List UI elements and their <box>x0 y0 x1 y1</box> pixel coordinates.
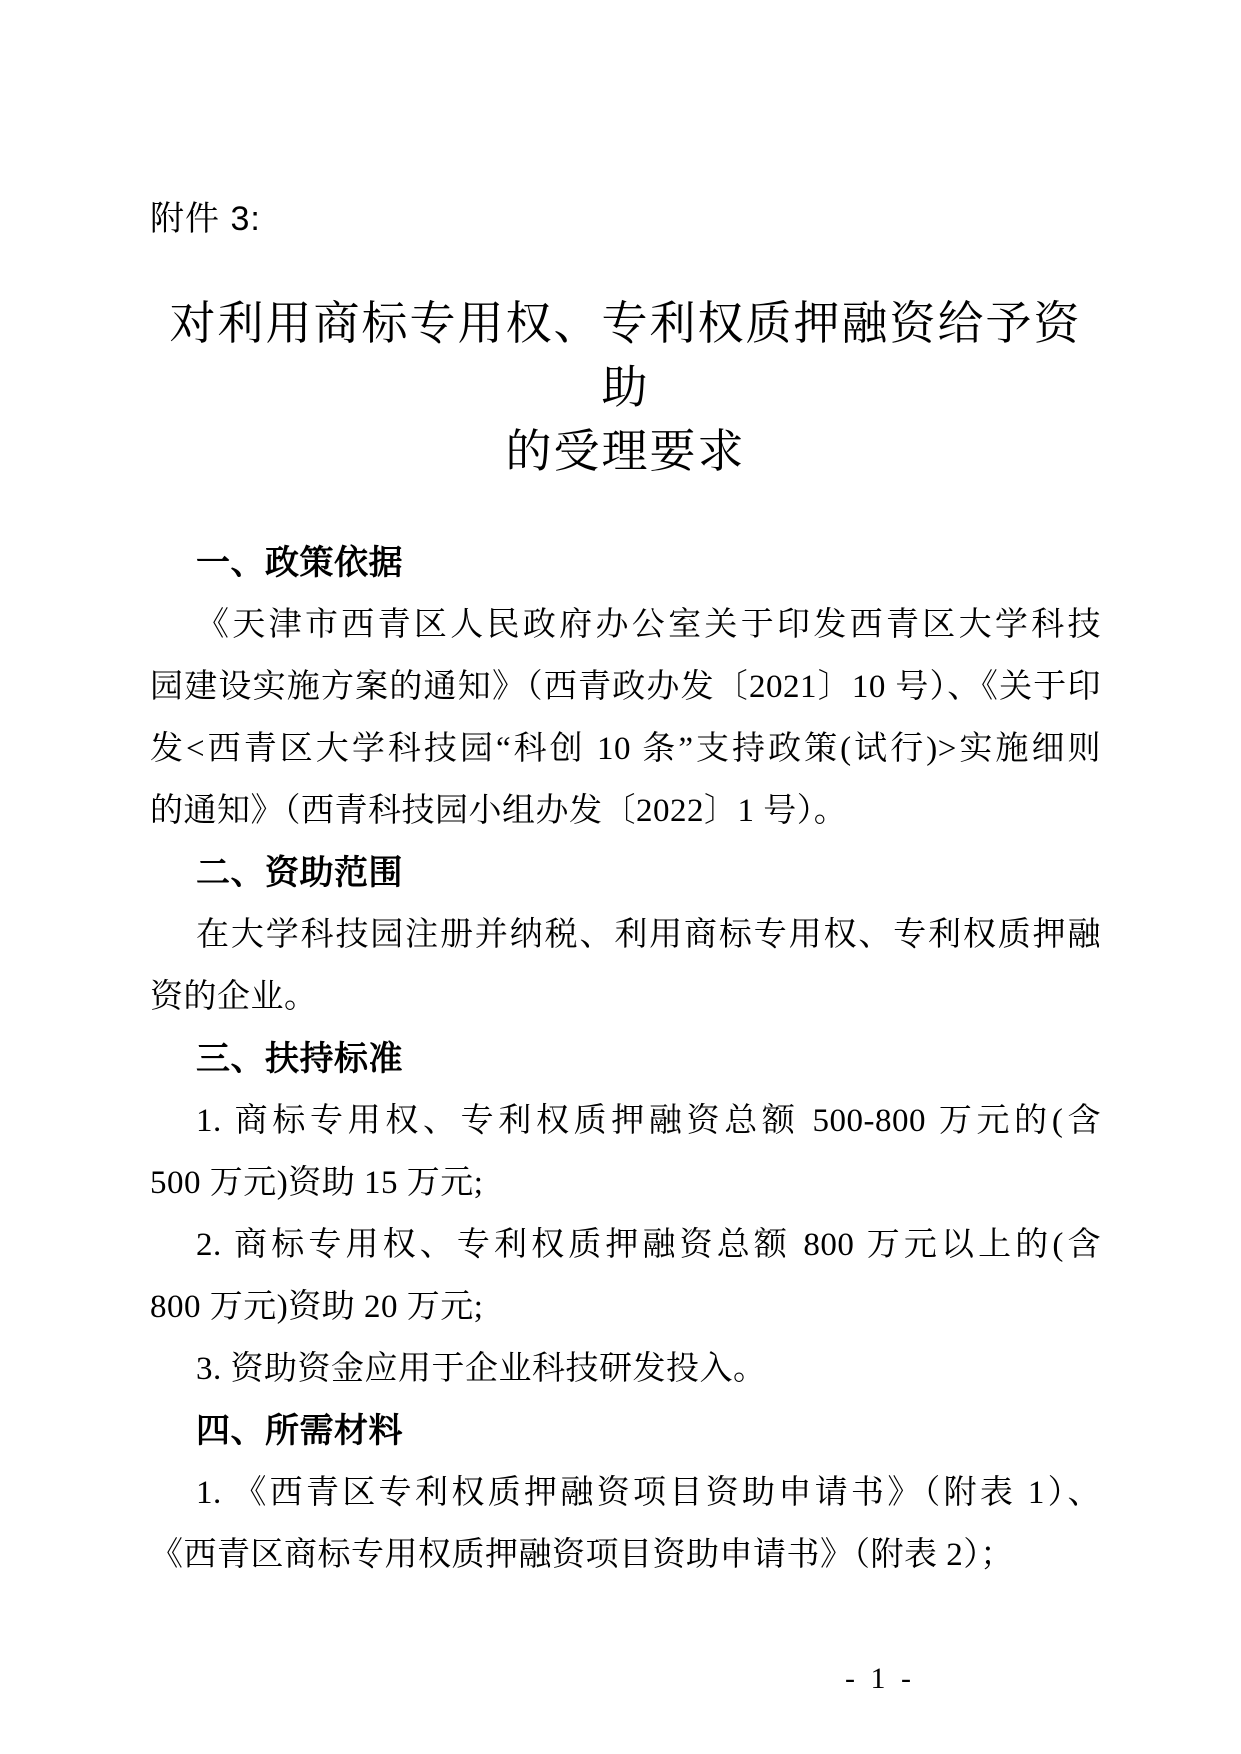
attachment-label: 附件 3: <box>150 198 1101 240</box>
section-heading-support-standard: 三、扶持标准 <box>150 1028 1101 1090</box>
document-title-line-1: 对利用商标专用权、专利权质押融资给予资助 <box>150 292 1101 420</box>
body-line: 《天津市西青区人民政府办公室关于印发西青区大学科技 <box>150 594 1101 656</box>
section-heading-funding-scope: 二、资助范围 <box>150 842 1101 904</box>
body-line: 在大学科技园注册并纳税、利用商标专用权、专利权质押融 <box>150 904 1101 966</box>
body-line: 园建设实施方案的通知》（西青政办发〔2021〕10 号）、《关于印 <box>150 656 1101 718</box>
page-number: - 1 - <box>150 1662 1101 1696</box>
body-line: 500 万元)资助 15 万元; <box>150 1152 1101 1214</box>
section-heading-required-materials: 四、所需材料 <box>150 1400 1101 1462</box>
body-line: 800 万元)资助 20 万元; <box>150 1276 1101 1338</box>
body-line: 2. 商标专用权、专利权质押融资总额 800 万元以上的(含 <box>150 1214 1101 1276</box>
document-title: 对利用商标专用权、专利权质押融资给予资助 的受理要求 <box>150 292 1101 484</box>
section-heading-policy-basis: 一、政策依据 <box>150 532 1101 594</box>
document-page: 附件 3: 对利用商标专用权、专利权质押融资给予资助 的受理要求 一、政策依据 … <box>0 0 1241 1754</box>
body-line: 3. 资助资金应用于企业科技研发投入。 <box>150 1338 1101 1400</box>
body-line: 1. 商标专用权、专利权质押融资总额 500-800 万元的(含 <box>150 1090 1101 1152</box>
body-line: 《西青区商标专用权质押融资项目资助申请书》（附表 2）； <box>150 1524 1101 1586</box>
document-body: 一、政策依据 《天津市西青区人民政府办公室关于印发西青区大学科技 园建设实施方案… <box>150 532 1101 1586</box>
body-line: 发<西青区大学科技园“科创 10 条”支持政策(试行)>实施细则 <box>150 718 1101 780</box>
body-line: 资的企业。 <box>150 966 1101 1028</box>
body-line: 的通知》（西青科技园小组办发〔2022〕1 号）。 <box>150 780 1101 842</box>
body-line: 1. 《西青区专利权质押融资项目资助申请书》（附表 1）、 <box>150 1462 1101 1524</box>
document-title-line-2: 的受理要求 <box>150 420 1101 484</box>
